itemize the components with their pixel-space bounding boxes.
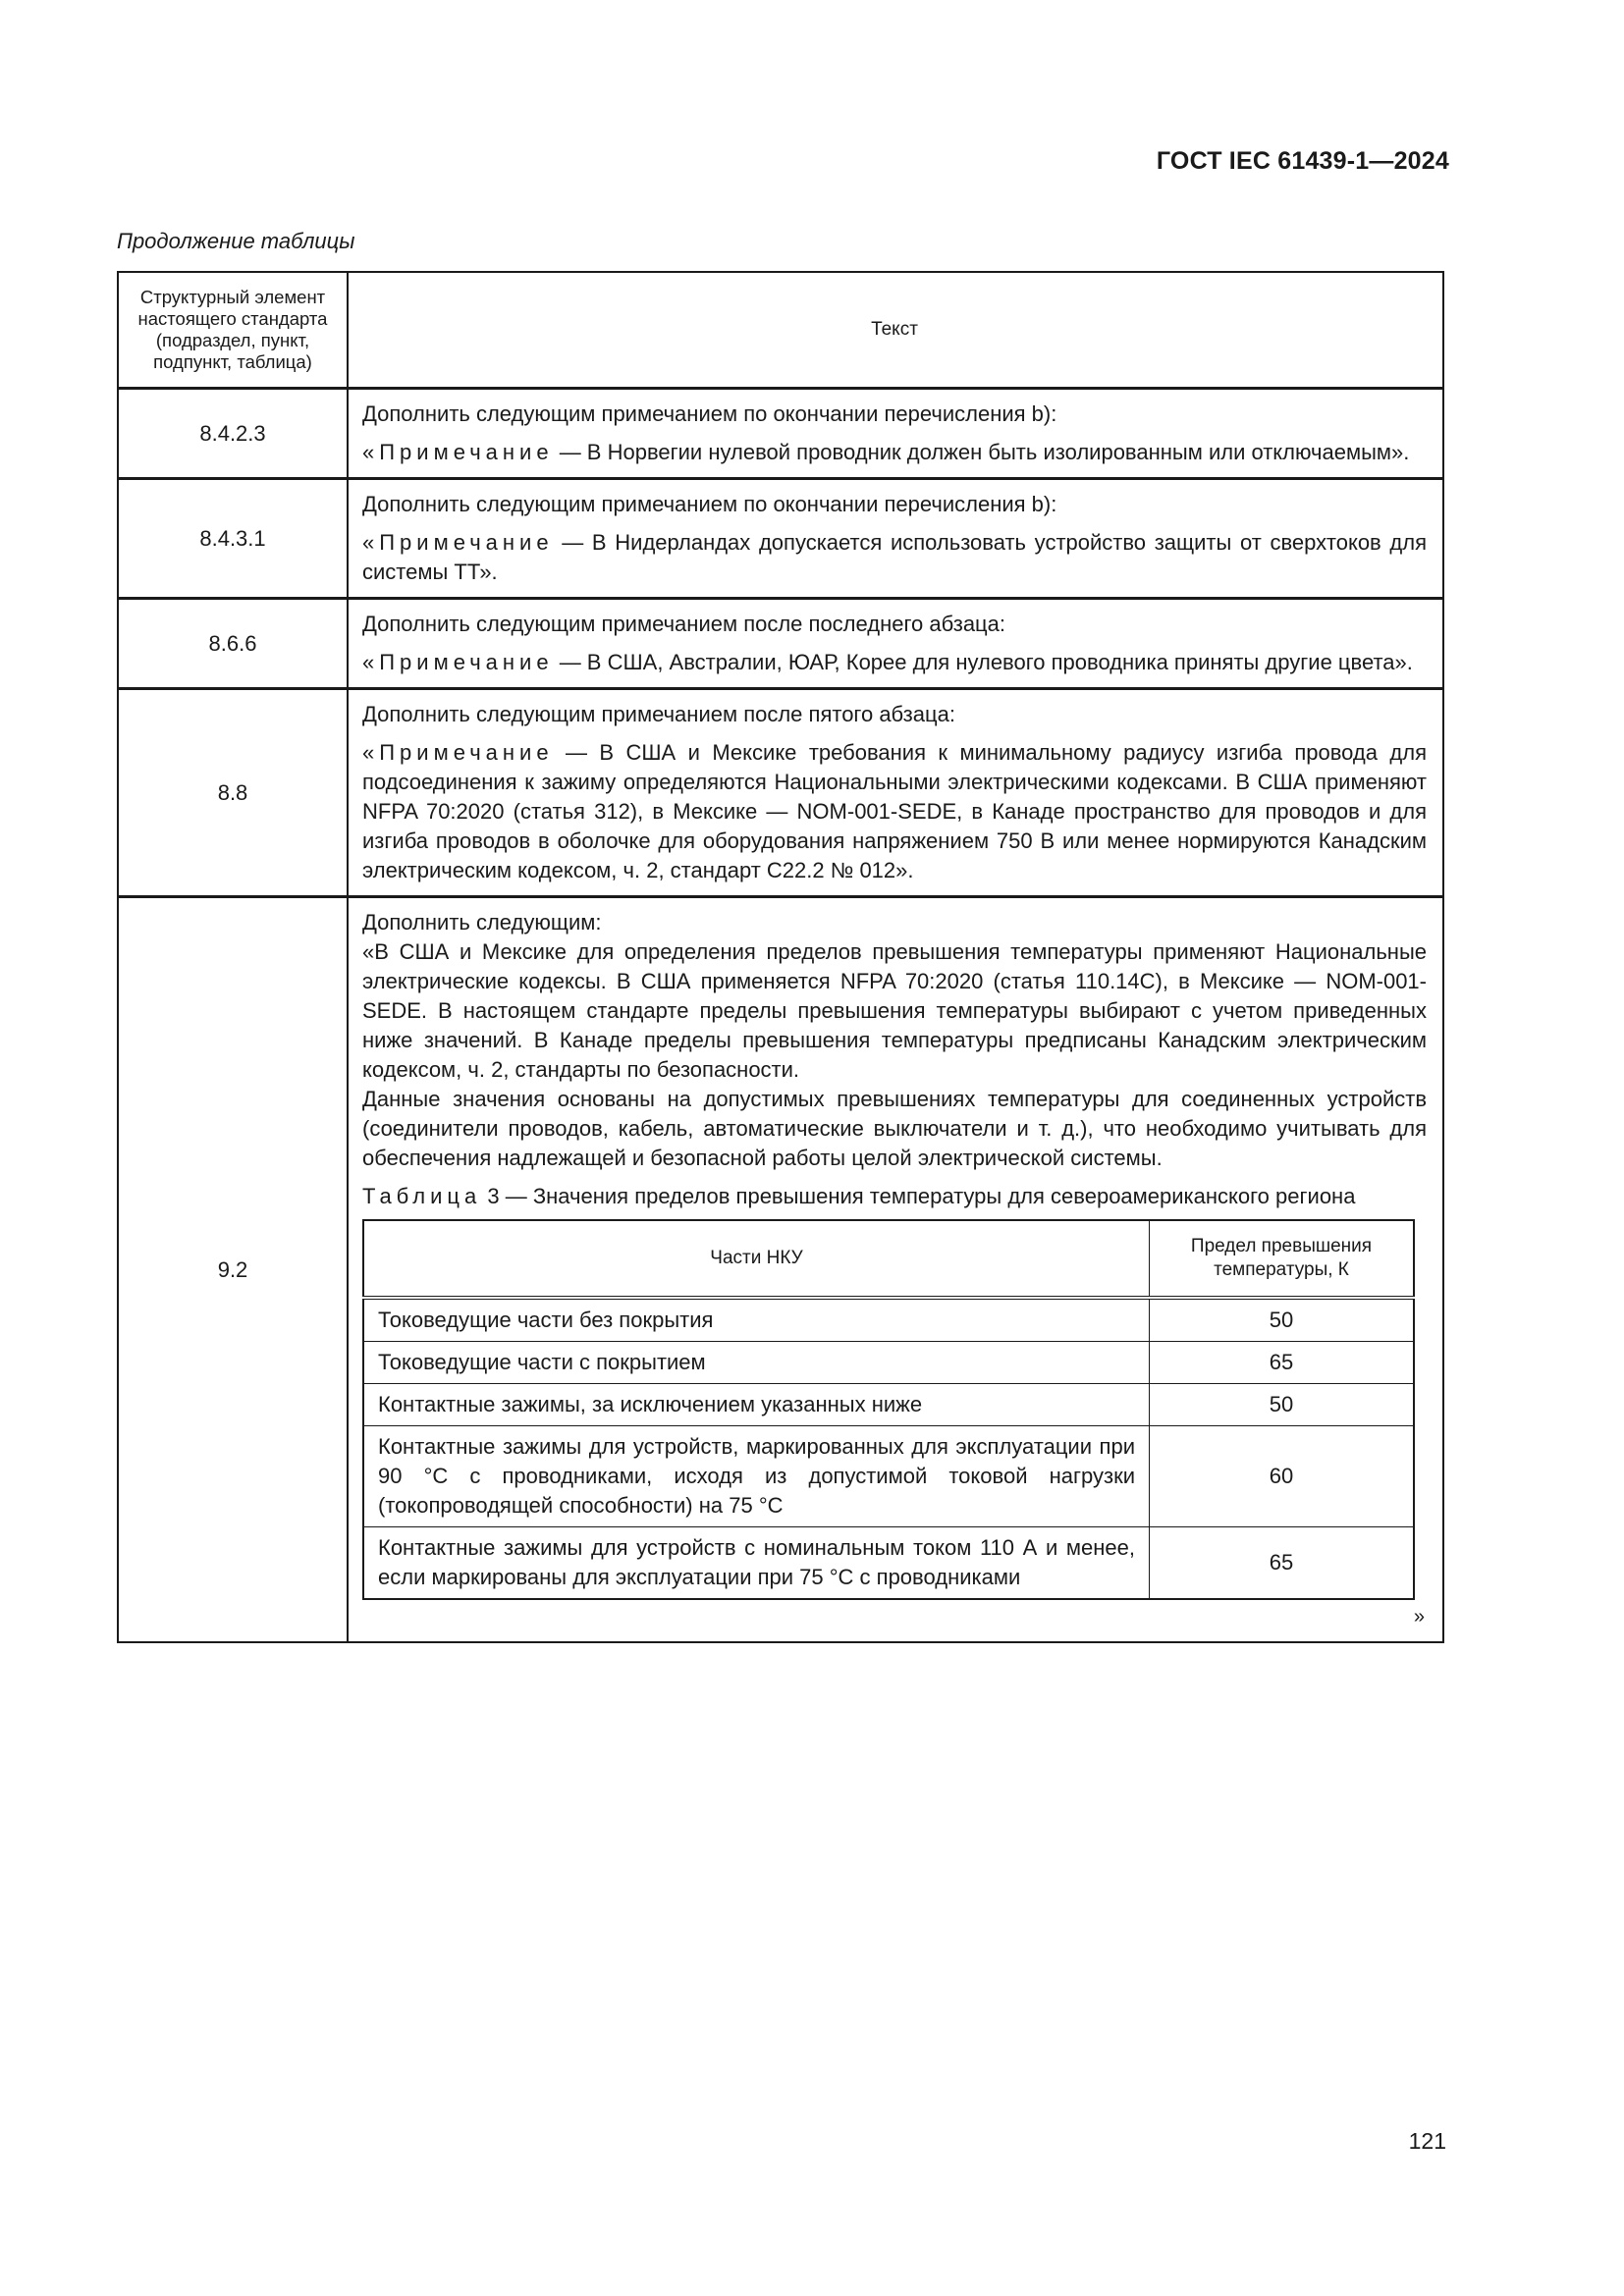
inner-table-caption: Таблица 3 — Значения пределов превышения… [362,1182,1427,1211]
column-header-parts: Части НКУ [363,1220,1150,1298]
document-code: ГОСТ IEC 61439-1—2024 [1157,147,1449,176]
page-number: 121 [1409,2128,1446,2155]
caption-prefix: Таблица [362,1184,481,1208]
note-prefix: «Примечание [362,530,554,555]
table-header-row: Структурный элемент настоящего стандарта… [119,273,1442,388]
instruction: Дополнить следующим примечанием после пя… [362,700,1427,729]
paragraph: «В США и Мексике для определения предело… [362,937,1427,1085]
inner-table-row: Токоведущие части без покрытия 50 [363,1298,1414,1342]
row-element-id: 8.4.2.3 [119,390,349,477]
row-element-id: 8.6.6 [119,600,349,687]
instruction: Дополнить следующим примечанием после по… [362,610,1427,639]
limit-value: 60 [1150,1426,1415,1527]
inner-table-row: Контактные зажимы для устройств с номина… [363,1527,1414,1600]
table-row: 8.4.2.3 Дополнить следующим примечанием … [119,388,1442,477]
note: «Примечание — В США и Мексике требования… [362,738,1427,885]
limit-value: 50 [1150,1298,1415,1342]
closing-quote-mark: » [362,1602,1427,1631]
row-text: Дополнить следующим примечанием по оконч… [349,390,1442,477]
inner-table-row: Токоведущие части с покрытием 65 [363,1342,1414,1384]
row-text: Дополнить следующим примечанием после пя… [349,690,1442,895]
table-row: 9.2 Дополнить следующим: «В США и Мексик… [119,895,1442,1641]
note-prefix: «Примечание [362,440,554,464]
limit-value: 65 [1150,1342,1415,1384]
part-name: Токоведущие части без покрытия [363,1298,1150,1342]
table-continuation-label: Продолжение таблицы [117,229,354,254]
note-prefix: «Примечание [362,740,554,765]
row-element-id: 8.4.3.1 [119,480,349,597]
inner-table-row: Контактные зажимы, за исключением указан… [363,1384,1414,1426]
table-row: 8.8 Дополнить следующим примечанием посл… [119,687,1442,895]
paragraph: Данные значения основаны на допустимых п… [362,1085,1427,1173]
inner-table-header: Части НКУ Предел превышения температуры,… [363,1220,1414,1298]
note: «Примечание — В США, Австралии, ЮАР, Кор… [362,648,1427,677]
part-name: Контактные зажимы для устройств, маркиро… [363,1426,1150,1527]
temperature-limits-table: Части НКУ Предел превышения температуры,… [362,1219,1415,1600]
row-text: Дополнить следующим примечанием после по… [349,600,1442,687]
row-element-id: 9.2 [119,898,349,1641]
column-header-limit: Предел превышения температуры, К [1150,1220,1415,1298]
instruction: Дополнить следующим примечанием по оконч… [362,400,1427,429]
amendments-table: Структурный элемент настоящего стандарта… [117,271,1444,1643]
note: «Примечание — В Нидерландах допускается … [362,528,1427,587]
table-row: 8.6.6 Дополнить следующим примечанием по… [119,597,1442,687]
note-prefix: «Примечание [362,650,554,674]
note-text: — В США, Австралии, ЮАР, Корее для нулев… [554,650,1413,674]
row-element-id: 8.8 [119,690,349,895]
inner-table-row: Контактные зажимы для устройств, маркиро… [363,1426,1414,1527]
note-text: — В Норвегии нулевой проводник должен бы… [554,440,1410,464]
row-text: Дополнить следующим: «В США и Мексике дл… [349,898,1442,1641]
note: «Примечание — В Норвегии нулевой проводн… [362,438,1427,467]
column-header-element: Структурный элемент настоящего стандарта… [119,273,349,387]
caption-text: 3 — Значения пределов превышения темпера… [481,1184,1355,1208]
part-name: Контактные зажимы для устройств с номина… [363,1527,1150,1600]
part-name: Токоведущие части с покрытием [363,1342,1150,1384]
limit-value: 50 [1150,1384,1415,1426]
limit-value: 65 [1150,1527,1415,1600]
part-name: Контактные зажимы, за исключением указан… [363,1384,1150,1426]
row-text: Дополнить следующим примечанием по оконч… [349,480,1442,597]
instruction: Дополнить следующим: [362,908,1427,937]
instruction: Дополнить следующим примечанием по оконч… [362,490,1427,519]
table-row: 8.4.3.1 Дополнить следующим примечанием … [119,477,1442,597]
column-header-text: Текст [349,273,1442,387]
